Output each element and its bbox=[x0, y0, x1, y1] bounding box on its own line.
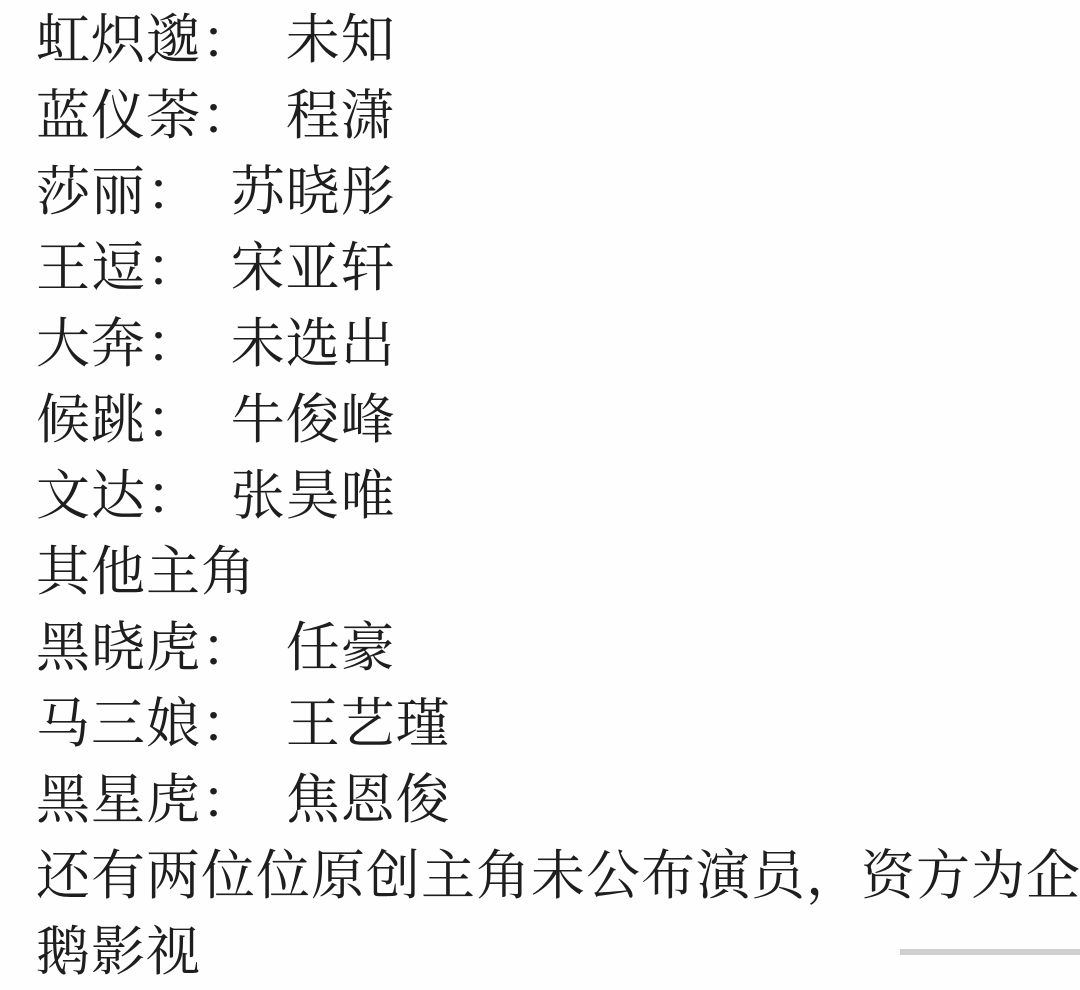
cast-entry: 虹炽邈：未知 bbox=[36, 2, 1080, 78]
actor-name: 张昊唯 bbox=[231, 464, 396, 527]
colon: ： bbox=[146, 388, 201, 451]
cast-entry: 马三娘：王艺瑾 bbox=[36, 686, 1080, 762]
cast-entry: 黑晓虎：任豪 bbox=[36, 610, 1080, 686]
actor-name: 程潇 bbox=[286, 84, 396, 147]
character-name: 黑晓虎 bbox=[36, 616, 201, 679]
actor-name: 苏晓彤 bbox=[231, 160, 396, 223]
colon: ： bbox=[146, 312, 201, 375]
actor-name: 焦恩俊 bbox=[286, 768, 451, 831]
colon: ： bbox=[146, 160, 201, 223]
note-text-line: 还有两位位原创主角未公布演员，资方为企 bbox=[36, 838, 1080, 914]
cast-entry: 候跳：牛俊峰 bbox=[36, 382, 1080, 458]
actor-name: 宋亚轩 bbox=[231, 236, 396, 299]
bottom-right-gray-bar bbox=[900, 949, 1080, 955]
character-name: 虹炽邈 bbox=[36, 8, 201, 71]
character-name: 马三娘 bbox=[36, 692, 201, 755]
actor-name: 任豪 bbox=[286, 616, 396, 679]
character-name: 黑星虎 bbox=[36, 768, 201, 831]
character-name: 文达 bbox=[36, 464, 146, 527]
cast-list-document: 虹炽邈：未知 蓝仪荼：程潇 莎丽：苏晓彤 王逗：宋亚轩 大奔：未选出 候跳：牛俊… bbox=[36, 2, 1080, 955]
colon: ： bbox=[146, 236, 201, 299]
cast-entry: 黑星虎：焦恩俊 bbox=[36, 762, 1080, 838]
actor-name: 牛俊峰 bbox=[231, 388, 396, 451]
character-name: 候跳 bbox=[36, 388, 146, 451]
actor-name: 未选出 bbox=[231, 312, 396, 375]
colon: ： bbox=[201, 84, 256, 147]
cast-entry: 蓝仪荼：程潇 bbox=[36, 78, 1080, 154]
cast-entry: 文达：张昊唯 bbox=[36, 458, 1080, 534]
cast-entry: 王逗：宋亚轩 bbox=[36, 230, 1080, 306]
character-name: 王逗 bbox=[36, 236, 146, 299]
colon: ： bbox=[201, 616, 256, 679]
colon: ： bbox=[201, 692, 256, 755]
actor-name: 王艺瑾 bbox=[286, 692, 451, 755]
section-header: 其他主角 bbox=[36, 534, 1080, 610]
cast-entry: 大奔：未选出 bbox=[36, 306, 1080, 382]
character-name: 蓝仪荼 bbox=[36, 84, 201, 147]
colon: ： bbox=[201, 8, 256, 71]
character-name: 莎丽 bbox=[36, 160, 146, 223]
colon: ： bbox=[146, 464, 201, 527]
cast-entry: 莎丽：苏晓彤 bbox=[36, 154, 1080, 230]
colon: ： bbox=[201, 768, 256, 831]
character-name: 大奔 bbox=[36, 312, 146, 375]
actor-name: 未知 bbox=[286, 8, 396, 71]
